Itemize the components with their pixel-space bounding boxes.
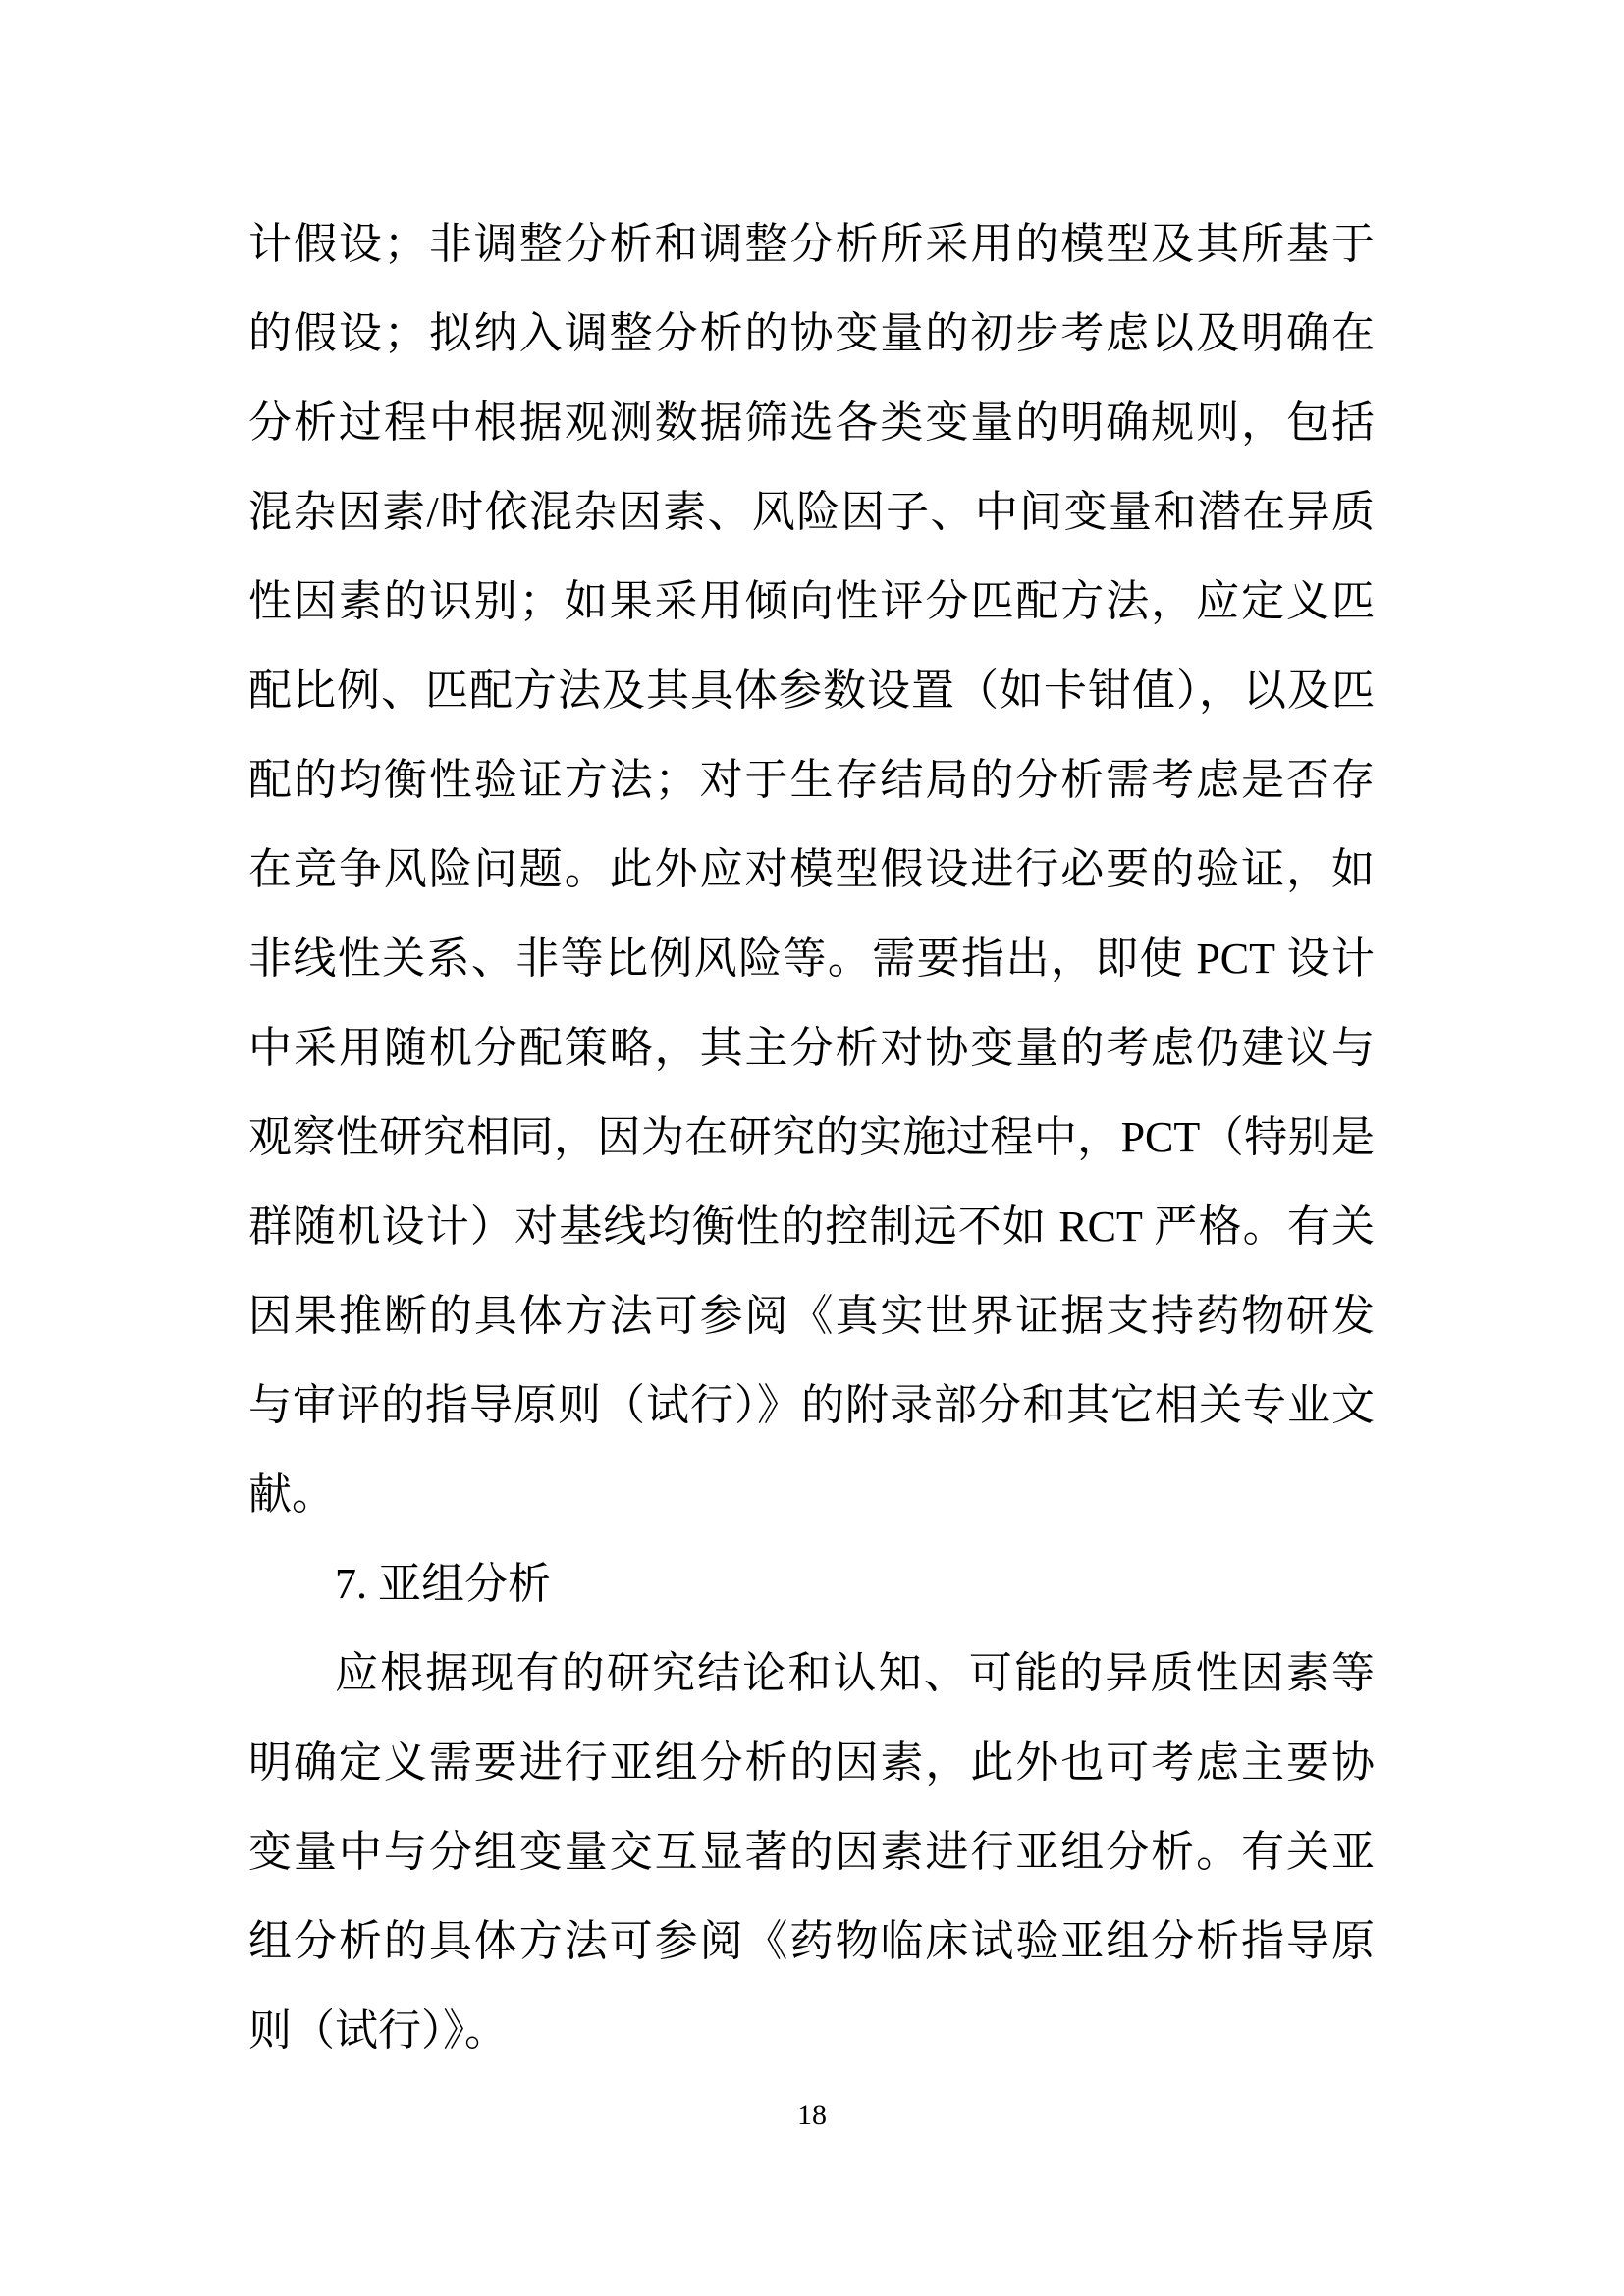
- text-line: 配比例、匹配方法及其具体参数设置（如卡钳值），以及匹: [248, 646, 1375, 735]
- text-line: 在竞争风险问题。此外应对模型假设进行必要的验证，如: [248, 825, 1375, 914]
- text-line: 则（试行）》。: [248, 1986, 1375, 2075]
- text-line: 非线性关系、非等比例风险等。需要指出，即使 PCT 设计: [248, 914, 1375, 1003]
- text-line: 性因素的识别；如果采用倾向性评分匹配方法，应定义匹: [248, 557, 1375, 646]
- text-line: 变量中与分组变量交互显著的因素进行亚组分析。有关亚: [248, 1807, 1375, 1896]
- text-line: 混杂因素/时依混杂因素、风险因子、中间变量和潜在异质: [248, 467, 1375, 557]
- text-line: 计假设；非调整分析和调整分析所采用的模型及其所基于: [248, 199, 1375, 289]
- text-line: 明确定义需要进行亚组分析的因素，此外也可考虑主要协: [248, 1718, 1375, 1807]
- text-line: 的假设；拟纳入调整分析的协变量的初步考虑以及明确在: [248, 289, 1375, 378]
- text-line: 应根据现有的研究结论和认知、可能的异质性因素等: [248, 1629, 1375, 1718]
- body-text: 计假设；非调整分析和调整分析所采用的模型及其所基于 的假设；拟纳入调整分析的协变…: [248, 199, 1375, 2075]
- text-line: 配的均衡性验证方法；对于生存结局的分析需考虑是否存: [248, 735, 1375, 825]
- document-page: 计假设；非调整分析和调整分析所采用的模型及其所基于 的假设；拟纳入调整分析的协变…: [0, 0, 1624, 2296]
- text-line: 因果推断的具体方法可参阅《真实世界证据支持药物研发: [248, 1271, 1375, 1361]
- text-line: 群随机设计）对基线均衡性的控制远不如 RCT 严格。有关: [248, 1182, 1375, 1271]
- page-number: 18: [0, 2099, 1624, 2132]
- text-line: 献。: [248, 1450, 1375, 1539]
- text-line: 中采用随机分配策略，其主分析对协变量的考虑仍建议与: [248, 1003, 1375, 1093]
- text-line: 分析过程中根据观测数据筛选各类变量的明确规则，包括: [248, 378, 1375, 467]
- text-line: 组分析的具体方法可参阅《药物临床试验亚组分析指导原: [248, 1896, 1375, 1986]
- text-line: 与审评的指导原则（试行）》的附录部分和其它相关专业文: [248, 1361, 1375, 1450]
- text-line: 观察性研究相同，因为在研究的实施过程中，PCT（特别是: [248, 1093, 1375, 1182]
- section-heading: 7. 亚组分析: [248, 1539, 1375, 1629]
